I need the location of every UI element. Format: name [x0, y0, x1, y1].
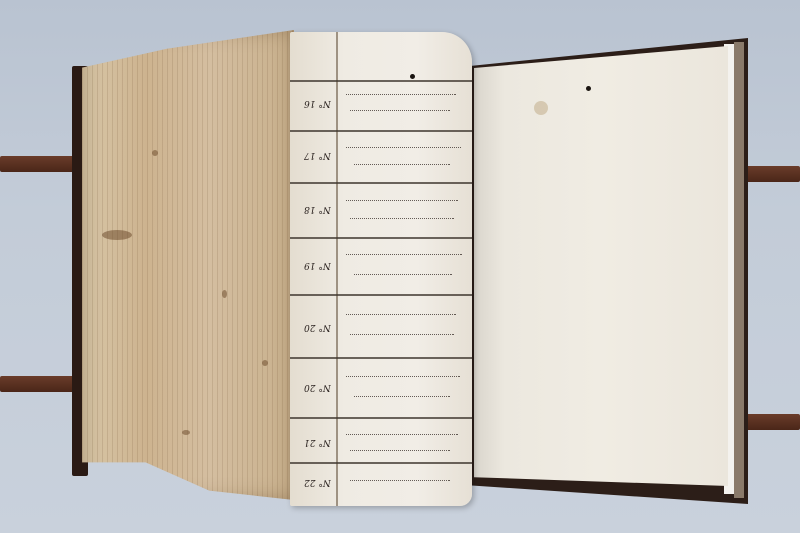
entry-number: N° 19: [304, 260, 331, 270]
entry-number: N° 16: [304, 98, 331, 108]
left-upper-strap: [0, 156, 78, 172]
entry-number: N° 17: [304, 150, 331, 160]
entry-number: N° 20: [304, 322, 331, 332]
right-cover-edge: [734, 42, 744, 498]
right-lower-strap: [744, 414, 800, 430]
entry-number: N° 22: [304, 477, 331, 487]
entry-number: N° 21: [304, 437, 331, 447]
entry-number: N° 20: [304, 382, 331, 392]
entry-number: N° 18: [304, 204, 331, 214]
left-lower-strap: [0, 376, 78, 392]
left-page-register: N° 16 N° 17 N° 18 N° 19 N° 20 N° 20 N° 2…: [290, 32, 472, 506]
right-page-blank: [474, 46, 728, 486]
page-edges-text-block: [82, 30, 294, 500]
right-upper-strap: [744, 166, 800, 182]
